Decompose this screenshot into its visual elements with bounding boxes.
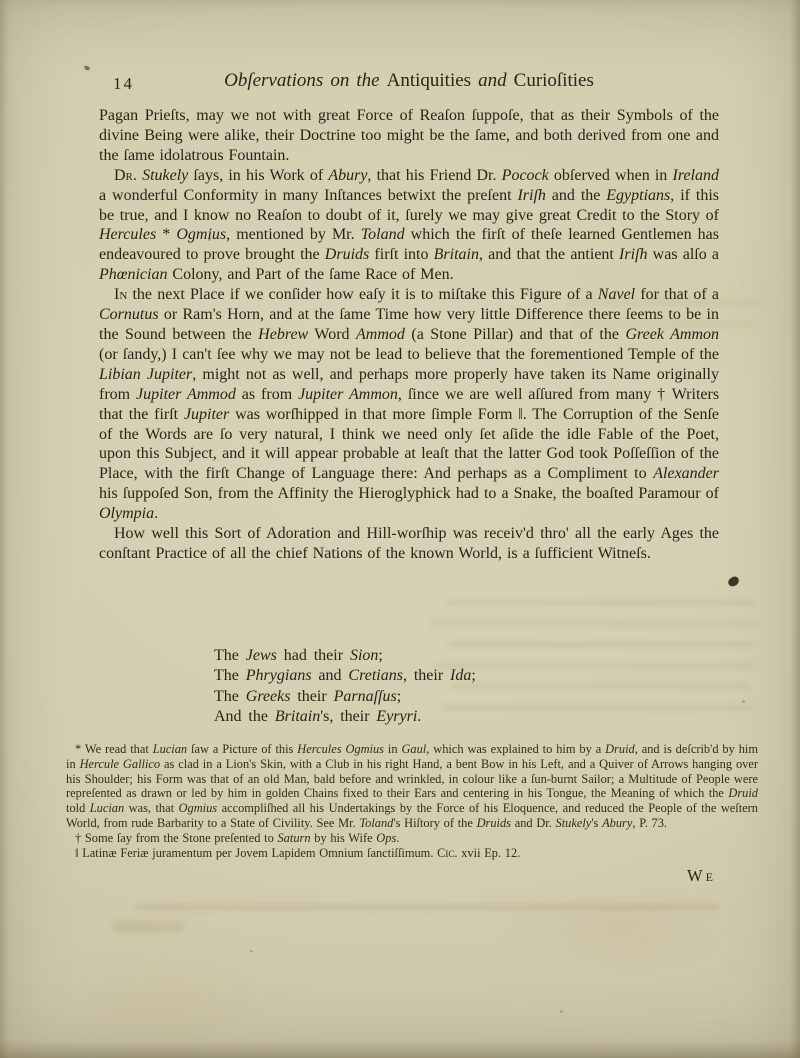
paper-speck [742, 700, 745, 703]
show-through-ghost [135, 903, 720, 911]
paragraph-in-next-place: In the next Place if we conſider how eaſ… [99, 285, 719, 524]
paper-speck [560, 1010, 563, 1013]
running-header: Obſervations on the Antiquities and Curi… [99, 70, 719, 92]
show-through-ghost [436, 662, 754, 669]
paragraph-dr-stukely: Dr. Stukely ſays, in his Work of Abury, … [99, 166, 719, 285]
footnote-section: * We read that Lucian ſaw a Picture of t… [66, 742, 758, 860]
page-edge-shadow [790, 0, 800, 1058]
show-through-ghost [442, 704, 752, 711]
list-line-jews: The Jews had their Sion; [214, 646, 476, 666]
catchword: We [687, 866, 716, 886]
paragraph-pagan-priests: Pagan Prieſts, may we not with great For… [99, 106, 719, 166]
page-edge-shadow [0, 1040, 800, 1058]
paper-speck [250, 950, 253, 952]
footnote-double-bar: ‖ Latinæ Feriæ juramentum per Jovem Lapi… [66, 846, 758, 861]
list-line-britains: And the Britain's, their Eyryri. [214, 707, 476, 727]
page-edge-shadow [0, 0, 9, 1058]
list-line-phrygians: The Phrygians and Cretians, their Ida; [214, 666, 476, 686]
show-through-ghost [452, 683, 750, 690]
paragraph-hill-worship: How well this Sort of Adoration and Hill… [99, 524, 719, 564]
show-through-ghost [112, 921, 184, 933]
footnote-asterisk: * We read that Lucian ſaw a Picture of t… [66, 742, 758, 831]
list-line-greeks: The Greeks their Parnaſſus; [214, 687, 476, 707]
ink-blot-mark [727, 576, 740, 588]
paper-speck [83, 65, 90, 71]
footnote-dagger: † Some ſay from the Stone preſented to S… [66, 831, 758, 846]
paper-speck [208, 238, 211, 241]
book-page: 14 Obſervations on the Antiquities and C… [0, 0, 800, 1058]
sacred-mountains-list: The Jews had their Sion; The Phrygians a… [214, 646, 476, 727]
page-body: Pagan Prieſts, may we not with great For… [99, 106, 719, 644]
